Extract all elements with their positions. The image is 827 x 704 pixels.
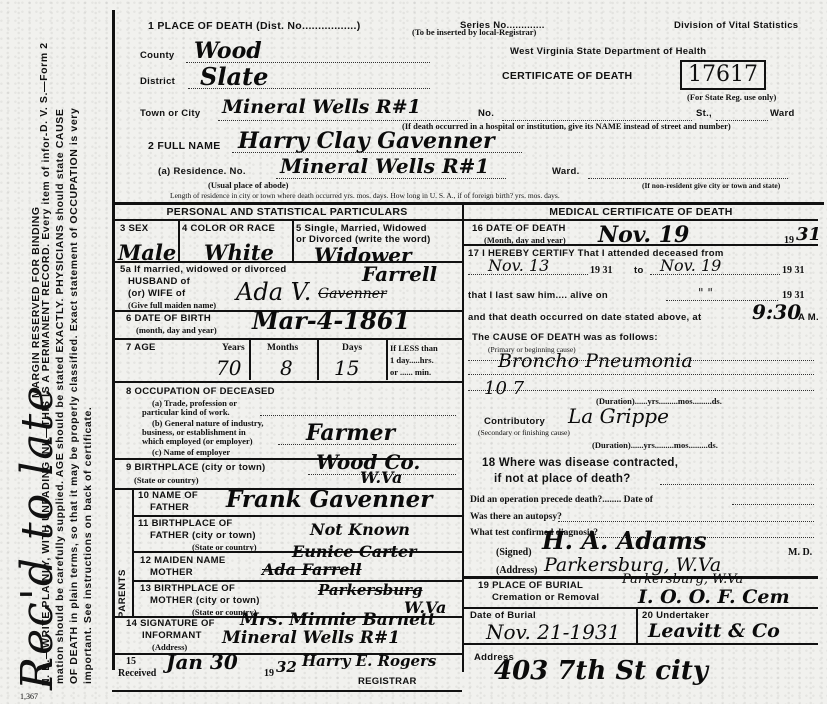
- row-divider: [464, 607, 818, 609]
- birthplace-state-value: W.Va: [360, 468, 402, 487]
- burial-place-note: Parkersburg, W.Va: [622, 572, 743, 587]
- to-label: to: [634, 265, 644, 276]
- days-label: Days: [342, 343, 362, 353]
- mother-name-label-2: MOTHER: [150, 567, 193, 578]
- instruction-line-3: OF DEATH in plain terms, so that it may …: [68, 108, 80, 684]
- street-no-label: No.: [478, 108, 494, 119]
- form-code: D. V. S.—Form 2: [38, 42, 50, 132]
- less-than-label-3: or ...... min.: [390, 367, 431, 377]
- father-name-value: Frank Gavenner: [226, 486, 432, 513]
- less-than-label-2: 1 day.....hrs.: [390, 355, 434, 365]
- instruction-line-4: important. See instructions on back of c…: [82, 407, 94, 684]
- occupation-label: 8 OCCUPATION OF DECEASED: [126, 386, 275, 397]
- birthplace-label-2: (State or country): [134, 475, 199, 485]
- nonresident-note: (If non-resident give city or town and s…: [642, 181, 780, 190]
- father-birthplace-value: Not Known: [310, 520, 410, 539]
- spouse-corrected-surname: Farrell: [362, 262, 437, 286]
- autopsy-line: [558, 521, 814, 522]
- months-label: Months: [267, 343, 298, 353]
- contracted-line: [660, 484, 814, 485]
- row-divider: [464, 643, 818, 645]
- cause-line-2: [468, 374, 814, 375]
- death-time-label: and that death occurred on date stated a…: [468, 312, 701, 323]
- row-divider: [112, 219, 462, 221]
- primary-cause-value: Broncho Pneumonia: [498, 350, 693, 372]
- received-number: 15: [126, 656, 136, 667]
- burial-date-value: Nov. 21-1931: [486, 620, 620, 644]
- length-of-residence-note: Length of residence in city or town wher…: [170, 191, 560, 200]
- occupation-b-3: which employed (or employer): [142, 436, 253, 446]
- autopsy-label: Was there an autopsy?: [470, 512, 562, 522]
- dod-label-1: 16 DATE OF DEATH: [472, 223, 566, 234]
- physician-signature: H. A. Adams: [542, 526, 707, 555]
- state-reg-note: (For State Reg. use only): [687, 92, 776, 102]
- age-months-value: 8: [280, 356, 293, 380]
- spouse-label-1: 5a If married, widowed or divorced: [120, 264, 286, 275]
- residence-value: Mineral Wells R#1: [280, 154, 489, 178]
- spouse-label-4: (Give full maiden name): [128, 300, 216, 310]
- received-year: 32: [276, 658, 297, 676]
- residence-ward-label: Ward.: [552, 166, 580, 177]
- operation-line: [732, 504, 814, 505]
- spouse-label-2: HUSBAND of: [128, 276, 190, 287]
- series-no-label: Series No.............: [460, 20, 545, 31]
- mother-name-struck: Ada Farrell: [262, 560, 362, 579]
- spouse-struck-surname: Gavenner: [318, 286, 387, 302]
- dob-label-1: 6 DATE OF BIRTH: [126, 313, 211, 324]
- md-label: M. D.: [788, 547, 812, 558]
- received-year-prefix: 19: [264, 668, 274, 679]
- county-value: Wood: [194, 38, 262, 64]
- cell-divider: [317, 338, 319, 380]
- district-value: Slate: [200, 62, 268, 91]
- cell-divider: [249, 338, 251, 380]
- informant-label-1: 14 SIGNATURE OF: [126, 618, 215, 629]
- binding-margin: MARGIN RESERVED FOR BINDING N. B.—WRITE …: [0, 0, 112, 704]
- row-divider: [112, 690, 462, 692]
- mother-name-value: Eunice Carter: [292, 542, 417, 561]
- mother-birth-label-1: 13 BIRTHPLACE OF: [140, 583, 235, 594]
- age-label: 7 AGE: [126, 342, 156, 353]
- form-number: 1,367: [20, 692, 38, 701]
- birthplace-label-1: 9 BIRTHPLACE (city or town): [126, 462, 266, 473]
- handwritten-margin-note: Rec'd to late: [12, 384, 63, 690]
- physician-address-label: (Address): [496, 565, 537, 576]
- received-date: Jan 30: [166, 650, 238, 674]
- operation-label: Did an operation precede death?........ …: [470, 495, 653, 505]
- dob-label-2: (month, day and year): [136, 325, 217, 335]
- informant-label-2: INFORMANT: [142, 630, 202, 641]
- district-label: District: [140, 76, 175, 87]
- abode-note: (Usual place of abode): [208, 180, 289, 190]
- attended-from-value: Nov. 13: [488, 256, 549, 275]
- department-label: West Virginia State Department of Health: [510, 46, 706, 57]
- spouse-first-name: Ada V.: [236, 278, 311, 306]
- informant-address: Mineral Wells R#1: [222, 628, 400, 648]
- row-divider: [112, 381, 462, 383]
- less-than-label-1: If LESS than: [390, 343, 438, 353]
- father-name-label-1: 10 NAME OF: [138, 490, 198, 501]
- informant-name: Mrs. Minnie Barnett: [240, 610, 436, 630]
- certificate-form: 1 PLACE OF DEATH (Dist. No..............…: [112, 10, 824, 672]
- residence-line: [276, 178, 506, 179]
- dod-year: 31: [796, 224, 821, 245]
- town-value: Mineral Wells R#1: [222, 96, 421, 118]
- personal-section-title: PERSONAL AND STATISTICAL PARTICULARS: [112, 206, 462, 218]
- cell-divider: [178, 219, 180, 261]
- contracted-label-2: if not at place of death?: [494, 473, 631, 485]
- town-label: Town or City: [140, 108, 200, 119]
- medical-section-title: MEDICAL CERTIFICATE OF DEATH: [464, 206, 818, 218]
- column-divider: [462, 202, 464, 672]
- death-time-suffix: A M.: [798, 312, 819, 323]
- burial-place-label-2: Cremation or Removal: [492, 592, 599, 603]
- street-label: St.,: [696, 108, 712, 119]
- age-years-value: 70: [216, 356, 241, 380]
- sex-label: 3 SEX: [120, 223, 148, 234]
- section-divider: [112, 202, 824, 205]
- years-label: Years: [222, 343, 245, 353]
- duration-note: 10 7: [484, 378, 524, 399]
- received-label: Received: [118, 668, 156, 679]
- certificate-number: 17617: [680, 60, 766, 90]
- registrar-label: REGISTRAR: [358, 676, 417, 687]
- marital-label-1: 5 Single, Married, Widowed: [296, 223, 427, 234]
- death-time-value: 9:30: [752, 300, 801, 324]
- division-label: Division of Vital Statistics: [674, 20, 798, 31]
- certificate-title: CERTIFICATE OF DEATH: [502, 70, 632, 82]
- contributory-sublabel: (Secondary or finishing cause): [478, 428, 570, 437]
- dob-value: Mar-4-1861: [252, 306, 410, 335]
- cell-divider: [636, 607, 638, 643]
- spouse-label-3: (or) WIFE of: [128, 288, 185, 299]
- occupation-a-2: particular kind of work.: [142, 407, 230, 417]
- signed-label: (Signed): [496, 547, 532, 558]
- cell-divider: [292, 219, 294, 261]
- row-divider: [132, 515, 462, 517]
- place-of-death-label: 1 PLACE OF DEATH (Dist. No..............…: [148, 20, 361, 32]
- county-label: County: [140, 50, 175, 61]
- parents-side-label: PARENTS: [117, 569, 128, 618]
- from-year: 19 31: [590, 265, 613, 276]
- ward-label: Ward: [770, 108, 795, 119]
- undertaker-value: Leavitt & Co: [648, 620, 780, 642]
- last-saw-value: " ": [698, 286, 713, 300]
- burial-place-label-1: 19 PLACE OF BURIAL: [478, 580, 583, 591]
- mother-birthplace-struck: Parkersburg: [318, 581, 423, 599]
- row-divider: [112, 338, 462, 340]
- contributory-label: Contributory: [484, 416, 545, 427]
- occupation-value: Farmer: [306, 420, 395, 446]
- registrar-signature: Harry E. Rogers: [302, 652, 436, 670]
- duration-label-2: (Duration)......yrs.........mos.........…: [592, 440, 718, 450]
- row-divider: [464, 219, 818, 221]
- mother-birth-label-2: MOTHER (city or town): [150, 595, 260, 606]
- full-name-label: 2 FULL NAME: [148, 140, 221, 152]
- contributory-cause-value: La Grippe: [568, 404, 669, 428]
- last-saw-label: that I last saw him.... alive on: [468, 290, 608, 301]
- to-year: 19 31: [782, 265, 805, 276]
- residence-label: (a) Residence. No.: [158, 166, 246, 177]
- attended-to-value: Nov. 19: [660, 256, 721, 275]
- occupation-c: (c) Name of employer: [152, 447, 230, 457]
- death-certificate: MARGIN RESERVED FOR BINDING N. B.—WRITE …: [0, 0, 827, 704]
- occupation-a-line: [260, 415, 456, 416]
- form-left-border: [112, 10, 115, 670]
- cell-divider: [386, 338, 388, 380]
- mother-name-label-1: 12 MAIDEN NAME: [140, 555, 226, 566]
- burial-place-value: I. O. O. F. Cem: [638, 586, 790, 608]
- cause-label: The CAUSE OF DEATH was as follows:: [472, 332, 658, 343]
- father-birth-label-2: FATHER (city or town): [150, 530, 256, 541]
- full-name-value: Harry Clay Gavenner: [238, 128, 495, 154]
- residence-ward-line: [588, 178, 788, 179]
- father-name-label-2: FATHER: [150, 502, 189, 513]
- age-days-value: 15: [334, 356, 359, 380]
- contracted-label-1: 18 Where was disease contracted,: [482, 457, 678, 469]
- row-divider: [464, 244, 818, 246]
- burial-address-value: 403 7th St city: [494, 656, 708, 686]
- father-birth-label-1: 11 BIRTHPLACE OF: [138, 518, 233, 529]
- race-label: 4 COLOR OR RACE: [182, 223, 275, 234]
